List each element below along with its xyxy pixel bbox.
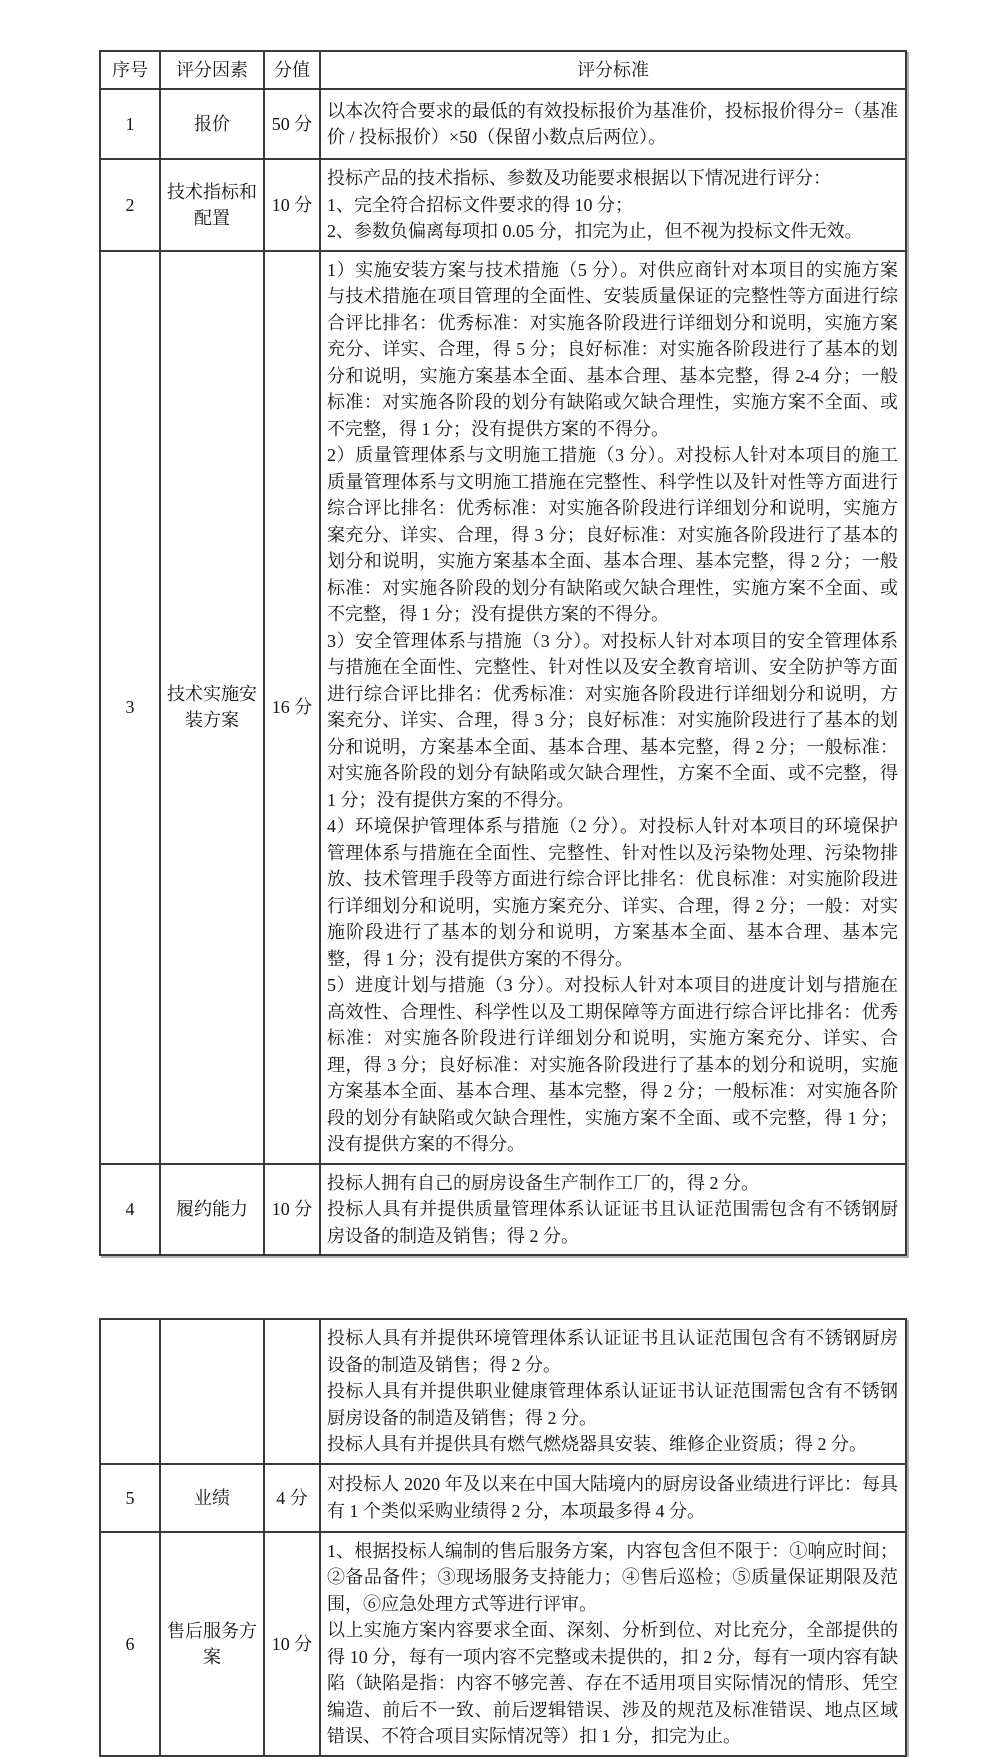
criteria-paragraph: 4）环境保护管理体系与措施（2 分）。对投标人针对本项目的环境保护管理体系与措施… (327, 813, 898, 972)
score-table-part1: 序号 评分因素 分值 评分标准 1报价50 分以本次符合要求的最低的有效投标报价… (99, 50, 907, 1256)
score-cell (264, 1319, 320, 1464)
criteria-cell: 投标产品的技术指标、参数及功能要求根据以下情况进行评分：1、完全符合招标文件要求… (320, 159, 906, 251)
table-row: 2技术指标和配置10 分投标产品的技术指标、参数及功能要求根据以下情况进行评分：… (100, 159, 906, 251)
criteria-paragraph: 投标人具有并提供职业健康管理体系认证证书认证范围需包含有不锈钢厨房设备的制造及销… (327, 1378, 898, 1431)
row-number-cell: 5 (100, 1464, 160, 1532)
criteria-cell: 投标人拥有自己的厨房设备生产制作工厂的，得 2 分。投标人具有并提供质量管理体系… (320, 1164, 906, 1256)
header-cell-no: 序号 (100, 51, 160, 89)
criteria-paragraph: 2）质量管理体系与文明施工措施（3 分）。对投标人针对本项目的施工质量管理体系与… (327, 442, 898, 628)
row-number-cell: 2 (100, 159, 160, 251)
criteria-paragraph: 1、根据投标人编制的售后服务方案，内容包含但不限于：①响应时间；②备品备件；③现… (327, 1538, 898, 1618)
row-number-cell: 3 (100, 251, 160, 1164)
table-row: 投标人具有并提供环境管理体系认证证书且认证范围包含有不锈钢厨房设备的制造及销售；… (100, 1319, 906, 1464)
row-number-cell: 1 (100, 89, 160, 159)
criteria-paragraph: 以本次符合要求的最低的有效投标报价为基准价，投标报价得分=（基准价 / 投标报价… (327, 98, 898, 151)
criteria-paragraph: 1）实施安装方案与技术措施（5 分）。对供应商针对本项目的实施方案与技术措施在项… (327, 257, 898, 443)
row-number-cell: 4 (100, 1164, 160, 1256)
header-cell-score: 分值 (264, 51, 320, 89)
criteria-cell: 以本次符合要求的最低的有效投标报价为基准价，投标报价得分=（基准价 / 投标报价… (320, 89, 906, 159)
row-number-cell: 6 (100, 1532, 160, 1756)
factor-cell: 售后服务方案 (160, 1532, 264, 1756)
criteria-paragraph: 投标产品的技术指标、参数及功能要求根据以下情况进行评分： (327, 165, 898, 192)
table-body-part1: 1报价50 分以本次符合要求的最低的有效投标报价为基准价，投标报价得分=（基准价… (100, 89, 906, 1255)
criteria-paragraph: 5）进度计划与措施（3 分）。对投标人针对本项目的进度计划与措施在高效性、合理性… (327, 972, 898, 1158)
criteria-cell: 1、根据投标人编制的售后服务方案，内容包含但不限于：①响应时间；②备品备件；③现… (320, 1532, 906, 1756)
criteria-paragraph: 2、参数负偏离每项扣 0.05 分，扣完为止，但不视为投标文件无效。 (327, 218, 898, 245)
table-header-row: 序号 评分因素 分值 评分标准 (100, 51, 906, 89)
table-header: 序号 评分因素 分值 评分标准 (100, 51, 906, 89)
score-cell: 10 分 (264, 1164, 320, 1256)
table-row: 1报价50 分以本次符合要求的最低的有效投标报价为基准价，投标报价得分=（基准价… (100, 89, 906, 159)
header-cell-factor: 评分因素 (160, 51, 264, 89)
score-table-part2: 投标人具有并提供环境管理体系认证证书且认证范围包含有不锈钢厨房设备的制造及销售；… (99, 1318, 907, 1757)
document-page: 序号 评分因素 分值 评分标准 1报价50 分以本次符合要求的最低的有效投标报价… (0, 0, 1000, 1757)
row-number-cell (100, 1319, 160, 1464)
criteria-paragraph: 3）安全管理体系与措施（3 分）。对投标人针对本项目的安全管理体系与措施在全面性… (327, 628, 898, 814)
table-row: 4履约能力10 分投标人拥有自己的厨房设备生产制作工厂的，得 2 分。投标人具有… (100, 1164, 906, 1256)
criteria-paragraph: 对投标人 2020 年及以来在中国大陆境内的厨房设备业绩进行评比：每具有 1 个… (327, 1471, 898, 1524)
factor-cell: 业绩 (160, 1464, 264, 1532)
score-cell: 4 分 (264, 1464, 320, 1532)
score-cell: 10 分 (264, 159, 320, 251)
criteria-paragraph: 1、完全符合招标文件要求的得 10 分； (327, 192, 898, 219)
table-body-part2: 投标人具有并提供环境管理体系认证证书且认证范围包含有不锈钢厨房设备的制造及销售；… (100, 1319, 906, 1756)
header-cell-criteria: 评分标准 (320, 51, 906, 89)
criteria-paragraph: 投标人拥有自己的厨房设备生产制作工厂的，得 2 分。 (327, 1170, 898, 1197)
factor-cell: 报价 (160, 89, 264, 159)
criteria-paragraph: 投标人具有并提供环境管理体系认证证书且认证范围包含有不锈钢厨房设备的制造及销售；… (327, 1325, 898, 1378)
criteria-paragraph: 投标人具有并提供具有燃气燃烧器具安装、维修企业资质；得 2 分。 (327, 1431, 898, 1458)
score-cell: 10 分 (264, 1532, 320, 1756)
score-cell: 16 分 (264, 251, 320, 1164)
score-cell: 50 分 (264, 89, 320, 159)
factor-cell: 履约能力 (160, 1164, 264, 1256)
table-row: 3技术实施安装方案16 分1）实施安装方案与技术措施（5 分）。对供应商针对本项… (100, 251, 906, 1164)
criteria-cell: 投标人具有并提供环境管理体系认证证书且认证范围包含有不锈钢厨房设备的制造及销售；… (320, 1319, 906, 1464)
criteria-cell: 对投标人 2020 年及以来在中国大陆境内的厨房设备业绩进行评比：每具有 1 个… (320, 1464, 906, 1532)
criteria-paragraph: 投标人具有并提供质量管理体系认证证书且认证范围需包含有不锈钢厨房设备的制造及销售… (327, 1196, 898, 1249)
table-row: 5业绩4 分对投标人 2020 年及以来在中国大陆境内的厨房设备业绩进行评比：每… (100, 1464, 906, 1532)
factor-cell (160, 1319, 264, 1464)
factor-cell: 技术实施安装方案 (160, 251, 264, 1164)
factor-cell: 技术指标和配置 (160, 159, 264, 251)
table-row: 6售后服务方案10 分1、根据投标人编制的售后服务方案，内容包含但不限于：①响应… (100, 1532, 906, 1756)
criteria-paragraph: 以上实施方案内容要求全面、深刻、分析到位、对比充分，全部提供的得 10 分，每有… (327, 1617, 898, 1750)
criteria-cell: 1）实施安装方案与技术措施（5 分）。对供应商针对本项目的实施方案与技术措施在项… (320, 251, 906, 1164)
